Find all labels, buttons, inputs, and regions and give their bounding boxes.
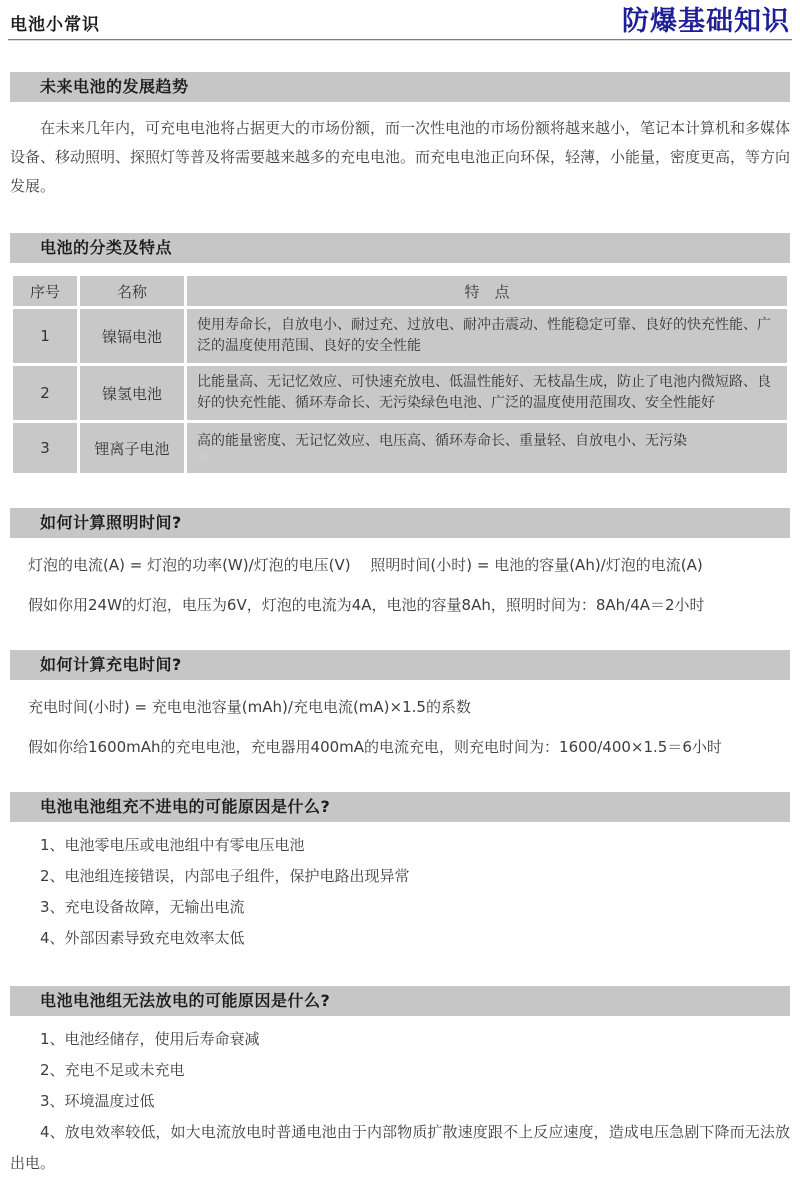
section-future-trends: 未来电池的发展趋势 在未来几年内，可充电电池将占据更大的市场份额，而一次性电池的… xyxy=(0,72,800,201)
battery-classification-table: 序号 名称 特 点 1 镍镉电池 使用寿命长，自放电小、耐过充、过放电、耐冲击震… xyxy=(10,273,790,476)
table-header-row: 序号 名称 特 点 xyxy=(13,276,787,306)
charge-failure-list: 1、电池零电压或电池组中有零电压电池 2、电池组连接错误，内部电子组件，保护电路… xyxy=(10,830,790,954)
lighting-formula: 灯泡的电流(A) = 灯泡的功率(W)/灯泡的电压(V) 照明时间(小时) = … xyxy=(28,552,790,578)
column-header-no: 序号 xyxy=(13,276,77,306)
section-charge-failure-reasons: 电池电池组充不进电的可能原因是什么? 1、电池零电压或电池组中有零电压电池 2、… xyxy=(0,792,800,954)
battery-name: 锂离子电池 xyxy=(80,423,184,473)
section-heading-discharge-failure: 电池电池组无法放电的可能原因是什么? xyxy=(10,986,790,1016)
battery-features: 使用寿命长，自放电小、耐过充、过放电、耐冲击震动、性能稳定可靠、良好的快充性能、… xyxy=(187,309,787,363)
battery-features-text: 高的能量密度、无记忆效应、电压高、循环寿命长、重量轻、自放电小、无污染 xyxy=(197,433,687,449)
column-header-name: 名称 xyxy=(80,276,184,306)
list-item: 4、外部因素导致充电效率太低 xyxy=(10,923,790,954)
list-item: 4、放电效率较低，如大电流放电时普通电池由于内部物质扩散速度跟不上反应速度，造成… xyxy=(10,1117,790,1179)
battery-name: 镍镉电池 xyxy=(80,309,184,363)
lighting-time-content: 灯泡的电流(A) = 灯泡的功率(W)/灯泡的电压(V) 照明时间(小时) = … xyxy=(10,552,790,618)
future-trends-paragraph: 在未来几年内，可充电电池将占据更大的市场份额，而一次性电池的市场份额将越来越小，… xyxy=(10,114,790,201)
charging-example: 假如你给1600mAh的充电电池，充电器用400mA的电流充电，则充电时间为：1… xyxy=(28,734,790,760)
table-row: 2 镍氢电池 比能量高、无记忆效应、可快速充放电、低温性能好、无枝晶生成，防止了… xyxy=(13,366,787,420)
row-number: 1 xyxy=(13,309,77,363)
charging-formula: 充电时间(小时) = 充电电池容量(mAh)/充电电流(mA)×1.5的系数 xyxy=(28,694,790,720)
list-item: 1、电池经储存，使用后寿命衰减 xyxy=(10,1024,790,1055)
section-future-content: 在未来几年内，可充电电池将占据更大的市场份额，而一次性电池的市场份额将越来越小，… xyxy=(10,114,790,201)
battery-features: 比能量高、无记忆效应、可快速充放电、低温性能好、无枝晶生成，防止了电池内微短路、… xyxy=(187,366,787,420)
battery-name: 镍氢电池 xyxy=(80,366,184,420)
document-page: 电池小常识 防爆基础知识 未来电池的发展趋势 在未来几年内，可充电电池将占据更大… xyxy=(0,0,800,1197)
document-category-title: 防爆基础知识 xyxy=(622,8,790,35)
page-title: 电池小常识 xyxy=(10,10,100,35)
charging-time-content: 充电时间(小时) = 充电电池容量(mAh)/充电电流(mA)×1.5的系数 假… xyxy=(10,694,790,760)
document-header: 电池小常识 防爆基础知识 xyxy=(8,0,792,40)
row-number: 2 xyxy=(13,366,77,420)
list-item: 2、电池组连接错误，内部电子组件，保护电路出现异常 xyxy=(10,861,790,892)
list-item: 3、环境温度过低 xyxy=(10,1086,790,1117)
chevrons-watermark-icon: 》》 xyxy=(197,452,777,465)
section-heading-charge-failure: 电池电池组充不进电的可能原因是什么? xyxy=(10,792,790,822)
table-row: 1 镍镉电池 使用寿命长，自放电小、耐过充、过放电、耐冲击震动、性能稳定可靠、良… xyxy=(13,309,787,363)
section-heading-future-trends: 未来电池的发展趋势 xyxy=(10,72,790,102)
section-battery-classification: 电池的分类及特点 序号 名称 特 点 1 镍镉电池 使用寿命长，自放电小、耐过充… xyxy=(0,233,800,476)
battery-features: 高的能量密度、无记忆效应、电压高、循环寿命长、重量轻、自放电小、无污染 》》 xyxy=(187,423,787,473)
section-discharge-failure-reasons: 电池电池组无法放电的可能原因是什么? 1、电池经储存，使用后寿命衰减 2、充电不… xyxy=(0,986,800,1179)
section-heading-classification: 电池的分类及特点 xyxy=(10,233,790,263)
section-heading-lighting-time: 如何计算照明时间? xyxy=(10,508,790,538)
section-heading-charging-time: 如何计算充电时间? xyxy=(10,650,790,680)
lighting-example: 假如你用24W的灯泡，电压为6V，灯泡的电流为4A，电池的容量8Ah，照明时间为… xyxy=(28,592,790,618)
list-item: 1、电池零电压或电池组中有零电压电池 xyxy=(10,830,790,861)
row-number: 3 xyxy=(13,423,77,473)
section-lighting-time: 如何计算照明时间? 灯泡的电流(A) = 灯泡的功率(W)/灯泡的电压(V) 照… xyxy=(0,508,800,618)
list-item: 2、充电不足或未充电 xyxy=(10,1055,790,1086)
table-row: 3 锂离子电池 高的能量密度、无记忆效应、电压高、循环寿命长、重量轻、自放电小、… xyxy=(13,423,787,473)
column-header-features: 特 点 xyxy=(187,276,787,306)
section-charging-time: 如何计算充电时间? 充电时间(小时) = 充电电池容量(mAh)/充电电流(mA… xyxy=(0,650,800,760)
list-item: 3、充电设备故障，无输出电流 xyxy=(10,892,790,923)
discharge-failure-list: 1、电池经储存，使用后寿命衰减 2、充电不足或未充电 3、环境温度过低 4、放电… xyxy=(10,1024,790,1179)
